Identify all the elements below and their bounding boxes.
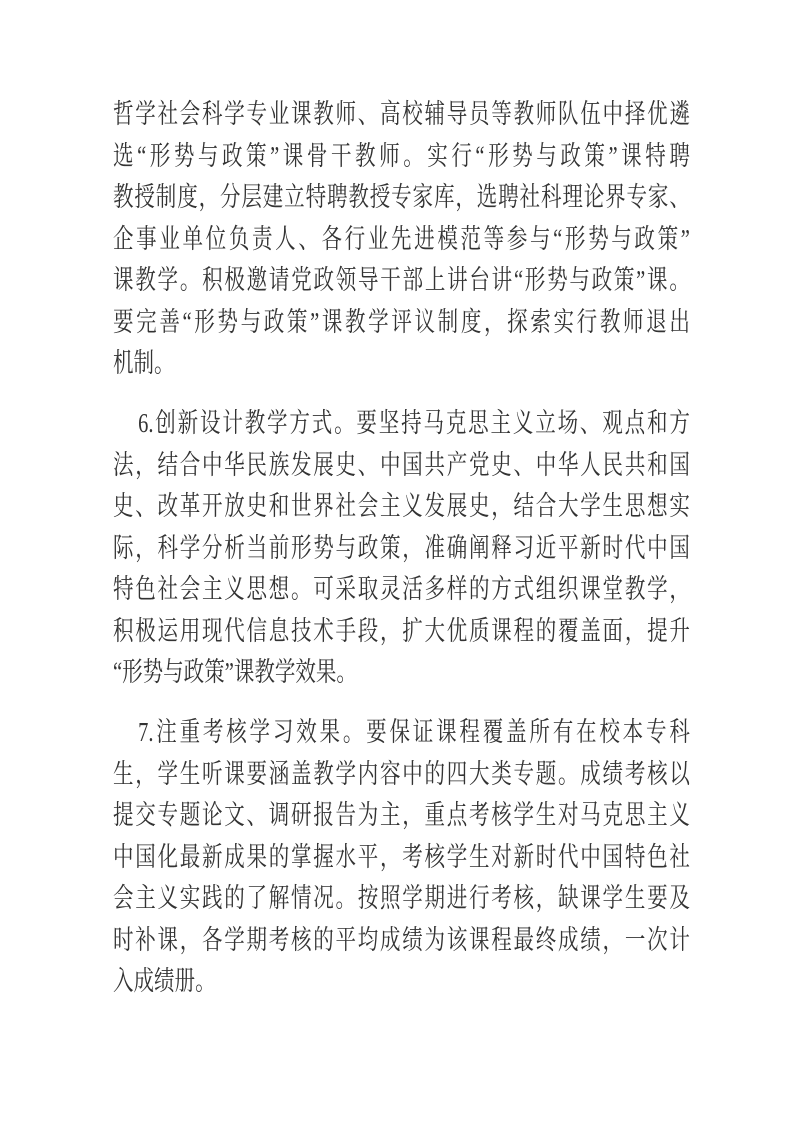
text-line: 生，学生听课要涵盖教学内容中的四大类专题。成绩考核以 <box>113 754 690 796</box>
text-line: 史、改革开放史和世界社会主义发展史，结合大学生思想实 <box>113 486 690 528</box>
paragraph-1: 哲学社会科学专业课教师、高校辅导员等教师队伍中择优遴 选“形势与政策”课骨干教师… <box>113 94 690 385</box>
paragraph-3: 7.注重考核学习效果。要保证课程覆盖所有在校本专科 生，学生听课要涵盖教学内容中… <box>113 712 690 1003</box>
text-line: 选“形势与政策”课骨干教师。实行“形势与政策”课特聘 <box>113 136 690 178</box>
paragraph-2: 6.创新设计教学方式。要坚持马克思主义立场、观点和方 法，结合中华民族发展史、中… <box>113 403 690 694</box>
text-line: 要完善“形势与政策”课教学评议制度，探索实行教师退出 <box>113 302 690 344</box>
text-line: 提交专题论文、调研报告为主，重点考核学生对马克思主义 <box>113 795 690 837</box>
document-page: 哲学社会科学专业课教师、高校辅导员等教师队伍中择优遴 选“形势与政策”课骨干教师… <box>0 0 793 1122</box>
text-line: 7.注重考核学习效果。要保证课程覆盖所有在校本专科 <box>113 712 690 754</box>
text-line: 教授制度，分层建立特聘教授专家库，选聘社科理论界专家、 <box>113 177 690 219</box>
text-line: 会主义实践的了解情况。按照学期进行考核，缺课学生要及 <box>113 878 690 920</box>
text-line: 课教学。积极邀请党政领导干部上讲台讲“形势与政策”课。 <box>113 260 690 302</box>
text-line: 时补课，各学期考核的平均成绩为该课程最终成绩，一次计 <box>113 920 690 962</box>
text-line: 机制。 <box>113 343 690 385</box>
text-line: 企事业单位负责人、各行业先进模范等参与“形势与政策” <box>113 219 690 261</box>
text-line: 积极运用现代信息技术手段，扩大优质课程的覆盖面，提升 <box>113 611 690 653</box>
text-line: 中国化最新成果的掌握水平，考核学生对新时代中国特色社 <box>113 837 690 879</box>
text-line: “形势与政策”课教学效果。 <box>113 652 690 694</box>
text-line: 特色社会主义思想。可采取灵活多样的方式组织课堂教学， <box>113 569 690 611</box>
text-line: 哲学社会科学专业课教师、高校辅导员等教师队伍中择优遴 <box>113 94 690 136</box>
document-text-block: 哲学社会科学专业课教师、高校辅导员等教师队伍中择优遴 选“形势与政策”课骨干教师… <box>113 94 690 1003</box>
text-line: 入成绩册。 <box>113 961 690 1003</box>
text-line: 际，科学分析当前形势与政策，准确阐释习近平新时代中国 <box>113 528 690 570</box>
text-line: 法，结合中华民族发展史、中国共产党史、中华人民共和国 <box>113 445 690 487</box>
text-line: 6.创新设计教学方式。要坚持马克思主义立场、观点和方 <box>113 403 690 445</box>
